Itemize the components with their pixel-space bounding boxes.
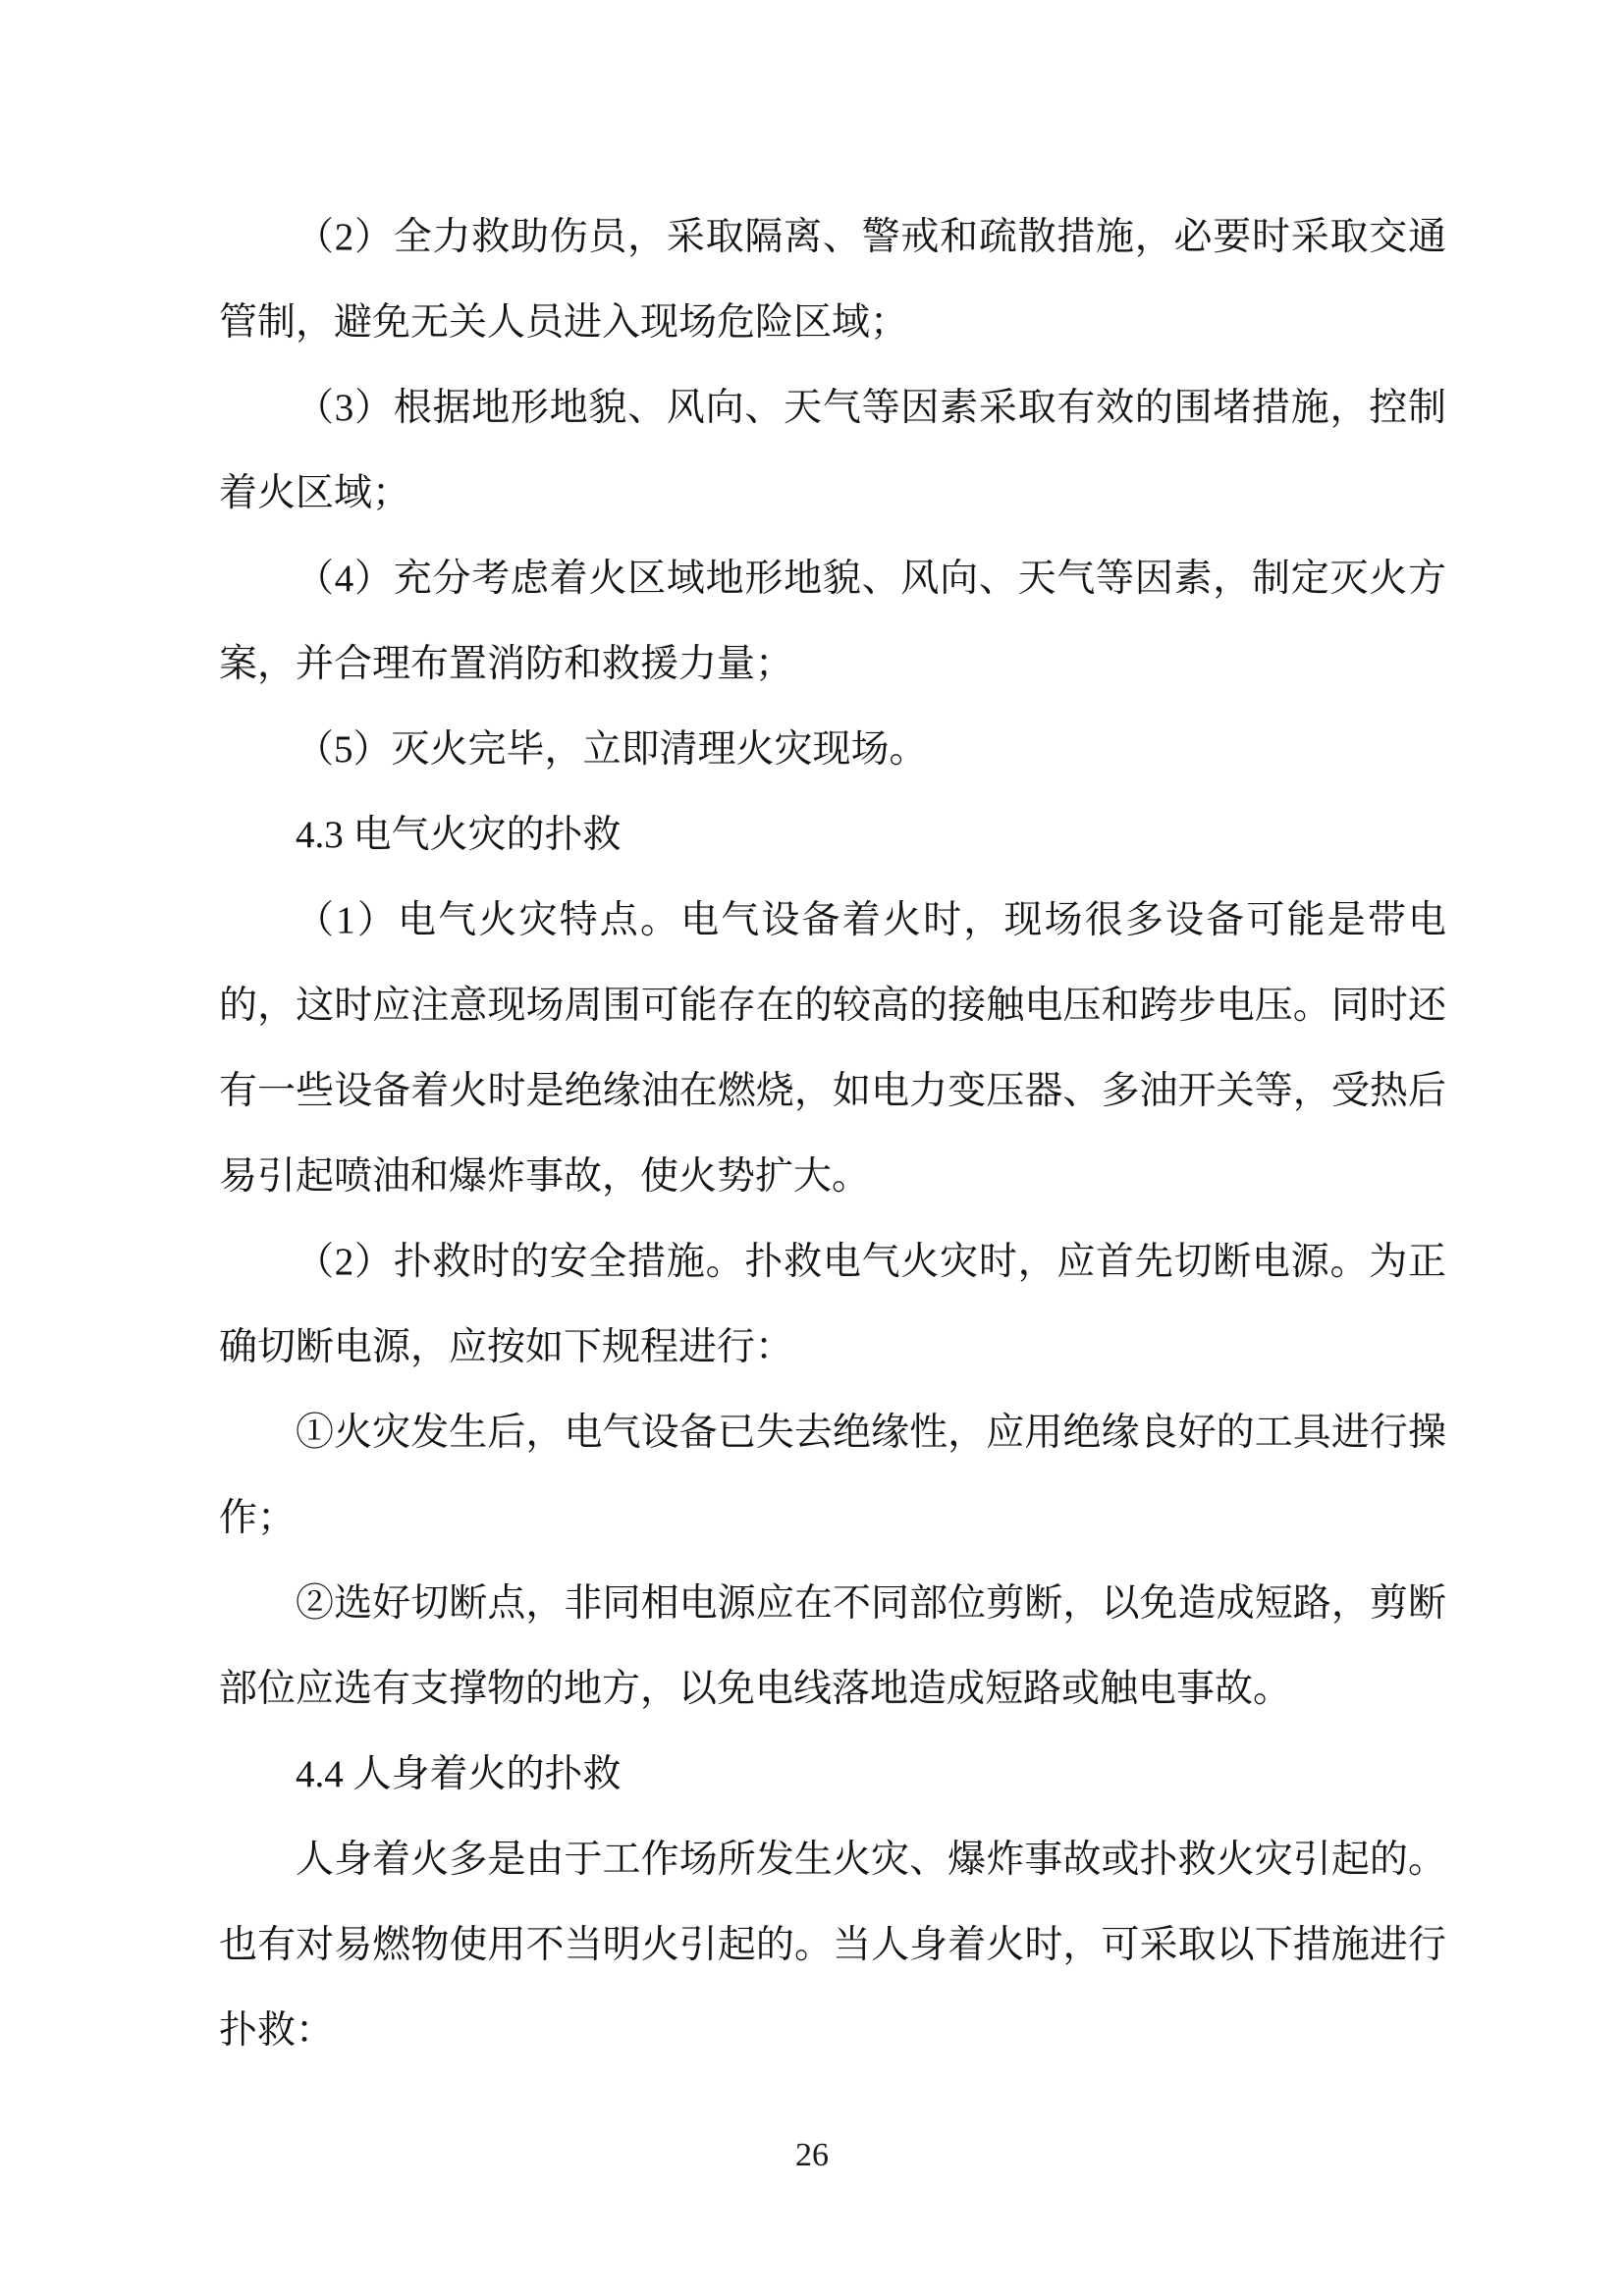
body-paragraph-circled-1: ①火灾发生后，电气设备已失去绝缘性，应用绝缘良好的工具进行操作； (219, 1390, 1446, 1561)
document-page: （2）全力救助伤员，采取隔离、警戒和疏散措施，必要时采取交通管制，避免无关人员进… (0, 0, 1624, 2296)
body-paragraph-fire-rescue-4: （4）充分考虑着火区域地形地貌、风向、天气等因素，制定灭火方案，并合理布置消防和… (219, 536, 1446, 707)
body-paragraph-fire-rescue-2: （2）全力救助伤员，采取隔离、警戒和疏散措施，必要时采取交通管制，避免无关人员进… (219, 194, 1446, 365)
page-footer: 26 (0, 2136, 1624, 2175)
body-paragraph-personal-fire: 人身着火多是由于工作场所发生火灾、爆炸事故或扑救火灾引起的。也有对易燃物使用不当… (219, 1817, 1446, 2073)
body-paragraph-electrical-fire-safety: （2）扑救时的安全措施。扑救电气火灾时，应首先切断电源。为正确切断电源，应按如下… (219, 1219, 1446, 1390)
body-paragraph-electrical-fire-features: （1）电气火灾特点。电气设备着火时，现场很多设备可能是带电的，这时应注意现场周围… (219, 878, 1446, 1219)
body-paragraph-fire-rescue-5: （5）灭火完毕，立即清理火灾现场。 (219, 707, 1446, 792)
page-number: 26 (795, 2137, 829, 2173)
body-paragraph-fire-rescue-3: （3）根据地形地貌、风向、天气等因素采取有效的围堵措施，控制着火区域； (219, 365, 1446, 536)
document-body: （2）全力救助伤员，采取隔离、警戒和疏散措施，必要时采取交通管制，避免无关人员进… (219, 194, 1446, 2073)
section-heading-4-3: 4.3 电气火灾的扑救 (219, 792, 1446, 878)
section-heading-4-4: 4.4 人身着火的扑救 (219, 1732, 1446, 1817)
body-paragraph-circled-2: ②选好切断点，非同相电源应在不同部位剪断，以免造成短路，剪断部位应选有支撑物的地… (219, 1561, 1446, 1732)
